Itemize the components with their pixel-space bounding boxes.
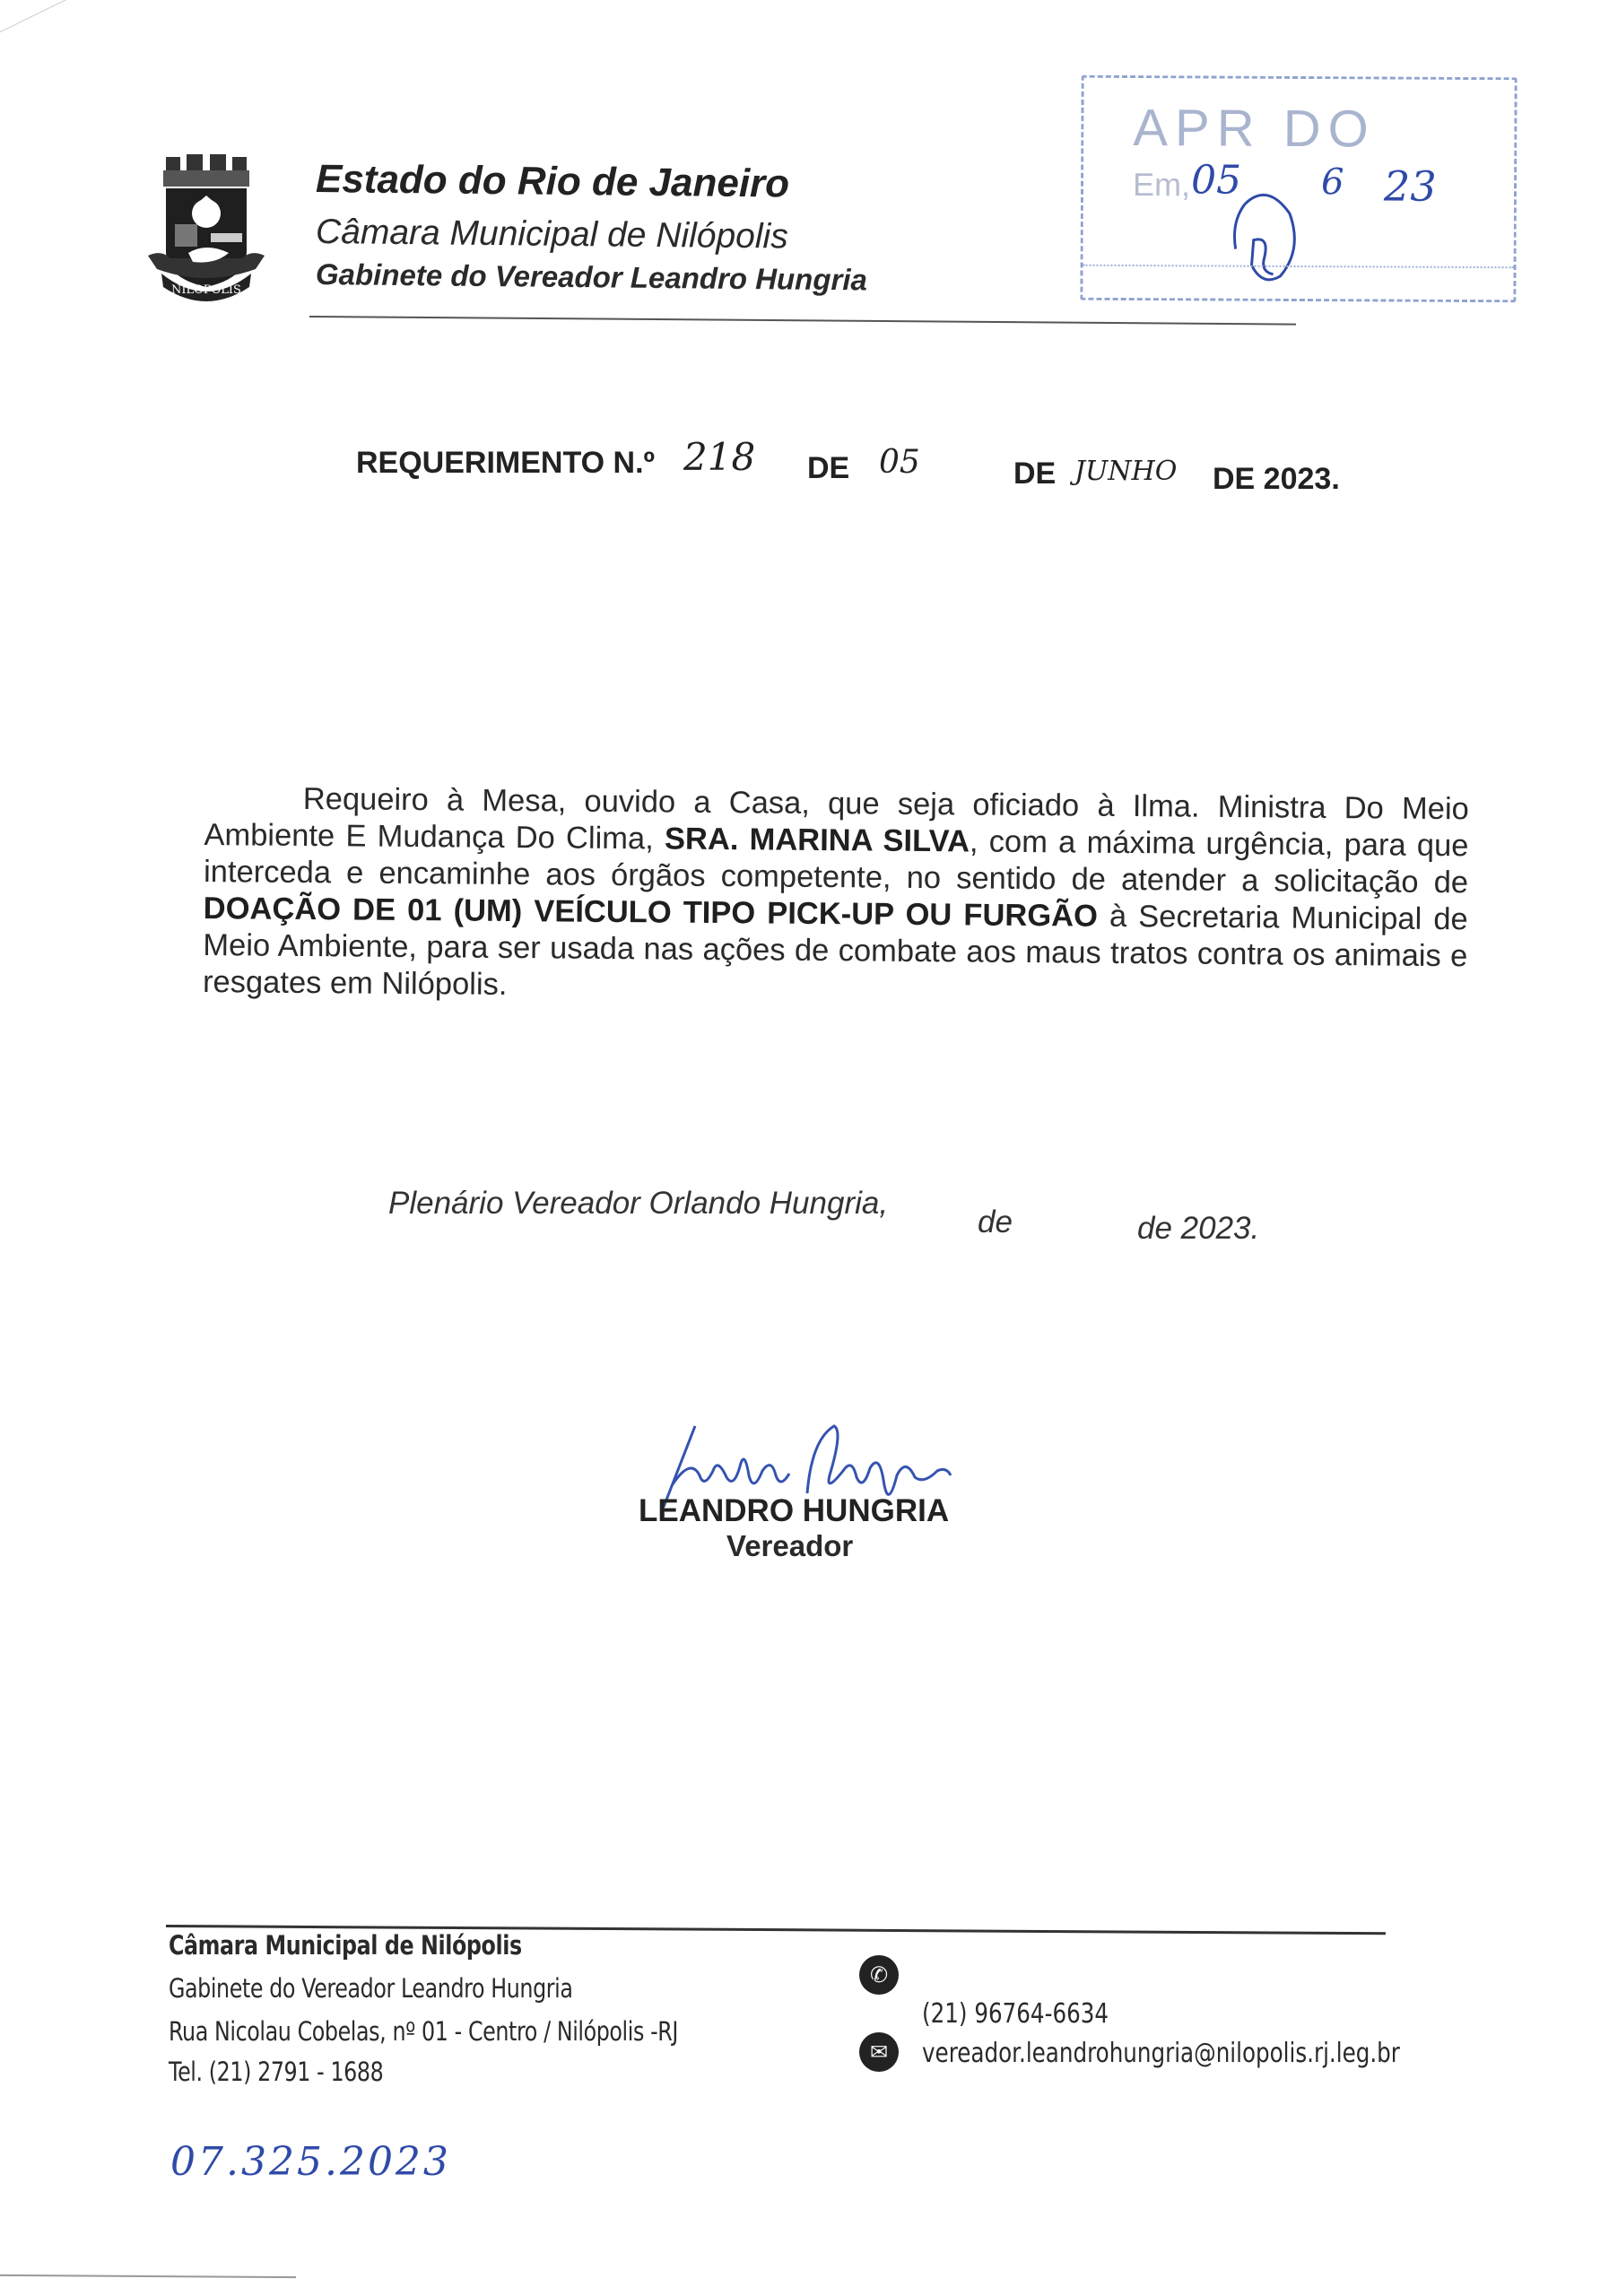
body-request-item: DOAÇÃO DE 01 (UM) VEÍCULO TIPO PICK-UP O…: [204, 891, 1098, 934]
stamp-initials-icon: [1217, 187, 1308, 286]
stamp-year: 23: [1384, 161, 1437, 210]
whatsapp-icon: ✆: [859, 1955, 899, 1995]
requerimento-label: REQUERIMENTO N.º: [356, 446, 655, 481]
header-office: Gabinete do Vereador Leandro Hungria: [316, 257, 867, 297]
footer-email: vereador.leandrohungria@nilopolis.rj.leg…: [922, 2038, 1400, 2069]
signer-name: LEANDRO HUNGRIA: [639, 1493, 949, 1529]
envelope-icon: ✉: [859, 2032, 899, 2072]
footer-org: Câmara Municipal de Nilópolis: [169, 1930, 522, 1961]
signer-role: Vereador: [726, 1529, 853, 1563]
header-state: Estado do Rio de Janeiro: [316, 157, 790, 207]
requerimento-day: 05: [879, 444, 920, 481]
closing-place: Plenário Vereador Orlando Hungria,: [388, 1186, 888, 1222]
approval-stamp: APR DO Em, 05 6 23: [1080, 75, 1517, 303]
coat-of-arms-icon: NILOPOLIS: [144, 152, 269, 305]
requerimento-de-1: DE: [807, 451, 849, 486]
stamp-em-label: Em,: [1133, 166, 1190, 204]
body-recipient: SRA. MARINA SILVA: [665, 822, 970, 858]
footer-office: Gabinete do Vereador Leandro Hungria: [169, 1973, 572, 2004]
requerimento-month: JUNHO: [1074, 456, 1177, 487]
scan-artifact-line: [0, 2274, 296, 2278]
footer-whatsapp: (21) 96764-6634: [922, 1998, 1109, 2030]
closing-de: de: [978, 1205, 1013, 1240]
svg-text:NILOPOLIS: NILOPOLIS: [171, 283, 241, 297]
requerimento-year: DE 2023.: [1213, 462, 1340, 497]
request-body: Requeiro à Mesa, ouvido a Casa, que seja…: [203, 780, 1469, 1012]
stamp-word: APR DO: [1133, 98, 1376, 159]
footer-tel: Tel. (21) 2791 - 1688: [169, 2057, 383, 2087]
requerimento-de-2: DE: [1013, 457, 1056, 491]
stamp-month: 6: [1321, 161, 1344, 203]
scan-artifact-line: [0, 0, 152, 37]
header-divider: [309, 316, 1296, 326]
footer-address: Rua Nicolau Cobelas, nº 01 - Centro / Ni…: [169, 2016, 678, 2047]
requerimento-number: 218: [683, 435, 755, 479]
protocol-note: 07.325.2023: [170, 2139, 451, 2185]
closing-year: de 2023.: [1137, 1211, 1259, 1247]
header-chamber: Câmara Municipal de Nilópolis: [316, 213, 788, 257]
